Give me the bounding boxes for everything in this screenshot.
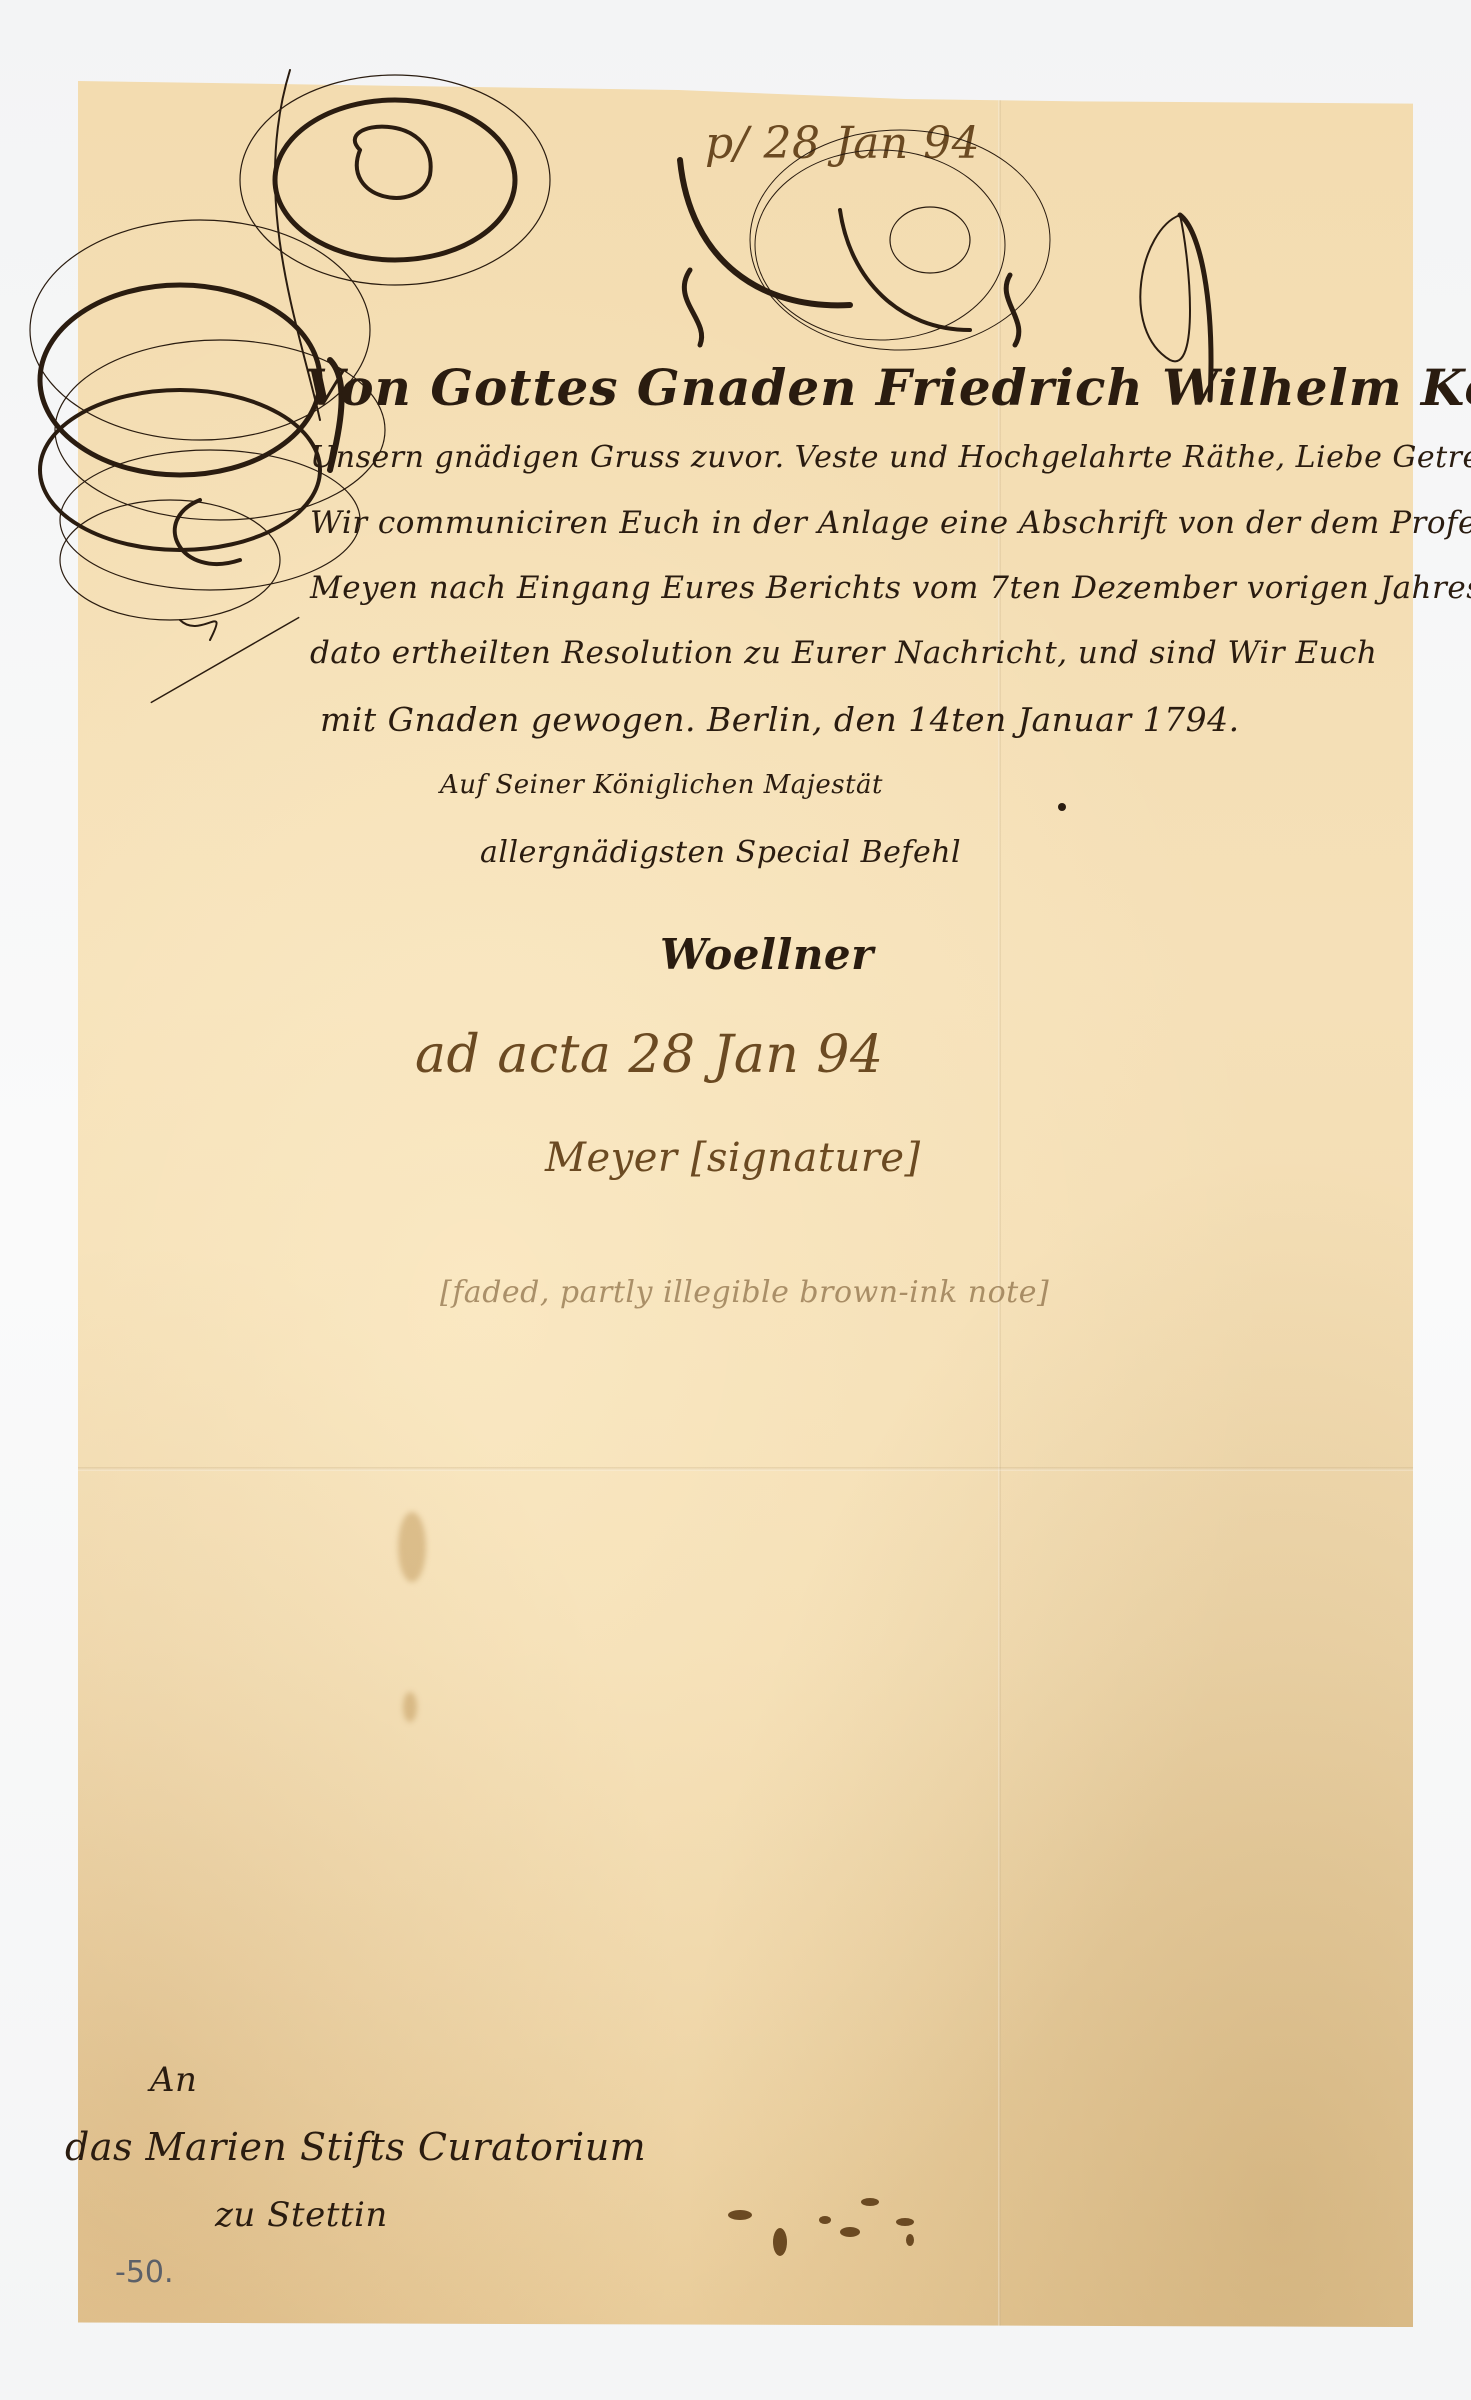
ink-stain <box>398 1512 426 1582</box>
closing-line-2: allergnädigsten Special Befehl <box>480 835 961 870</box>
seal-residue-marks <box>720 2180 920 2270</box>
body-line-2: Wir communiciren Euch in der Anlage eine… <box>310 505 1471 541</box>
horizontal-fold-crease <box>78 1467 1413 1471</box>
ink-stain <box>403 1692 417 1722</box>
recipient-signature: Meyer [signature] <box>545 1135 921 1181</box>
body-line-5: mit Gnaden gewogen. Berlin, den 14ten Ja… <box>320 700 1240 739</box>
ad-acta-note: ad acta 28 Jan 94 <box>415 1025 884 1085</box>
address-line-3: zu Stettin <box>215 2195 388 2235</box>
minister-signature: Woellner <box>660 930 874 979</box>
document-heading: Von Gottes Gnaden Friedrich Wilhelm Köni… <box>305 358 1471 417</box>
body-line-1: Unsern gnädigen Gruss zuvor. Veste und H… <box>310 440 1471 475</box>
faded-note: [faded, partly illegible brown-ink note] <box>440 1275 1049 1310</box>
address-line-1: An <box>150 2060 197 2100</box>
ink-dot <box>1058 803 1066 811</box>
address-line-2: das Marien Stifts Curatorium <box>65 2125 646 2169</box>
body-line-3: Meyen nach Eingang Eures Berichts vom 7t… <box>310 570 1471 606</box>
archive-pencil-number: -50. <box>115 2255 174 2290</box>
body-line-4: dato ertheilten Resolution zu Eurer Nach… <box>310 635 1377 671</box>
closing-line-1: Auf Seiner Königlichen Majestät <box>440 770 883 800</box>
